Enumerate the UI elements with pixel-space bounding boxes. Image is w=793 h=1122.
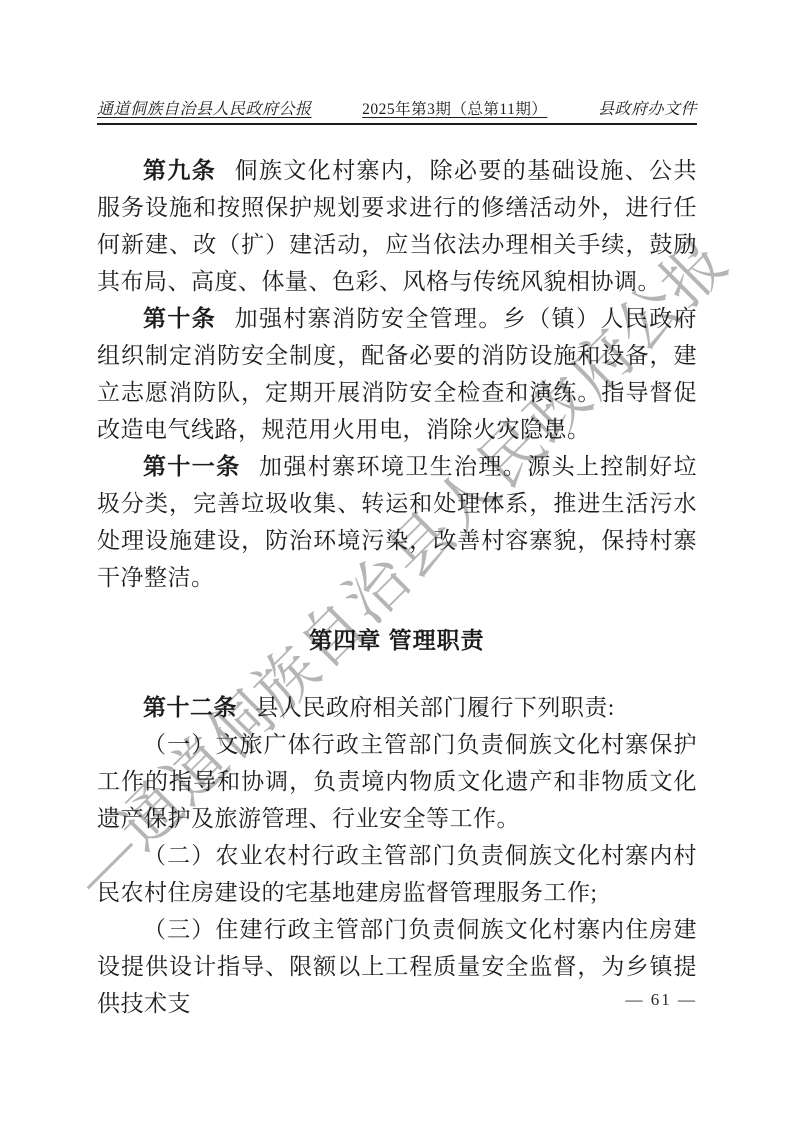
article-9: 第九条侗族文化村寨内，除必要的基础设施、公共服务设施和按照保护规划要求进行的修缮… [97,152,697,300]
gazette-page: —通道侗族自治县人民政府公报 通道侗族自治县人民政府公报 2025年第3期（总第… [0,0,793,1122]
header-publication-title: 通道侗族自治县人民政府公报 [97,96,312,119]
article-12-item-3: （三）住建行政主管部门负责侗族文化村寨内住房建设提供设计指导、限额以上工程质量安… [97,911,697,1022]
article-12: 第十二条县人民政府相关部门履行下列职责: [97,689,697,726]
article-12-item-1: （一）文旅广体行政主管部门负责侗族文化村寨保护工作的指导和协调，负责境内物质文化… [97,726,697,837]
article-11-number: 第十一条 [143,454,241,479]
article-10-number: 第十条 [143,306,216,331]
article-12-text: 县人民政府相关部门履行下列职责: [255,695,614,720]
running-header: 通道侗族自治县人民政府公报 2025年第3期（总第11期） 县政府办文件 [97,0,697,119]
header-rule [97,123,697,125]
page-content: 通道侗族自治县人民政府公报 2025年第3期（总第11期） 县政府办文件 第九条… [97,0,697,1122]
article-10: 第十条加强村寨消防安全管理。乡（镇）人民政府组织制定消防安全制度，配备必要的消防… [97,300,697,448]
document-body: 第九条侗族文化村寨内，除必要的基础设施、公共服务设施和按照保护规划要求进行的修缮… [97,152,697,1022]
article-9-number: 第九条 [143,158,216,183]
article-11: 第十一条加强村寨环境卫生治理。源头上控制好垃圾分类，完善垃圾收集、转运和处理体系… [97,448,697,596]
article-12-item-2-text: （二）农业农村行政主管部门负责侗族文化村寨内村民农村住房建设的宅基地建房监督管理… [97,843,697,905]
article-12-number: 第十二条 [143,695,237,720]
article-12-item-2: （二）农业农村行政主管部门负责侗族文化村寨内村民农村住房建设的宅基地建房监督管理… [97,837,697,911]
header-document-category: 县政府办文件 [598,96,697,119]
article-12-item-1-text: （一）文旅广体行政主管部门负责侗族文化村寨保护工作的指导和协调，负责境内物质文化… [97,732,697,831]
header-issue-info: 2025年第3期（总第11期） [362,97,547,119]
page-number: — 61 — [626,990,698,1010]
article-12-item-3-text: （三）住建行政主管部门负责侗族文化村寨内住房建设提供设计指导、限额以上工程质量安… [97,917,697,1016]
chapter-heading: 第四章 管理职责 [97,622,697,659]
